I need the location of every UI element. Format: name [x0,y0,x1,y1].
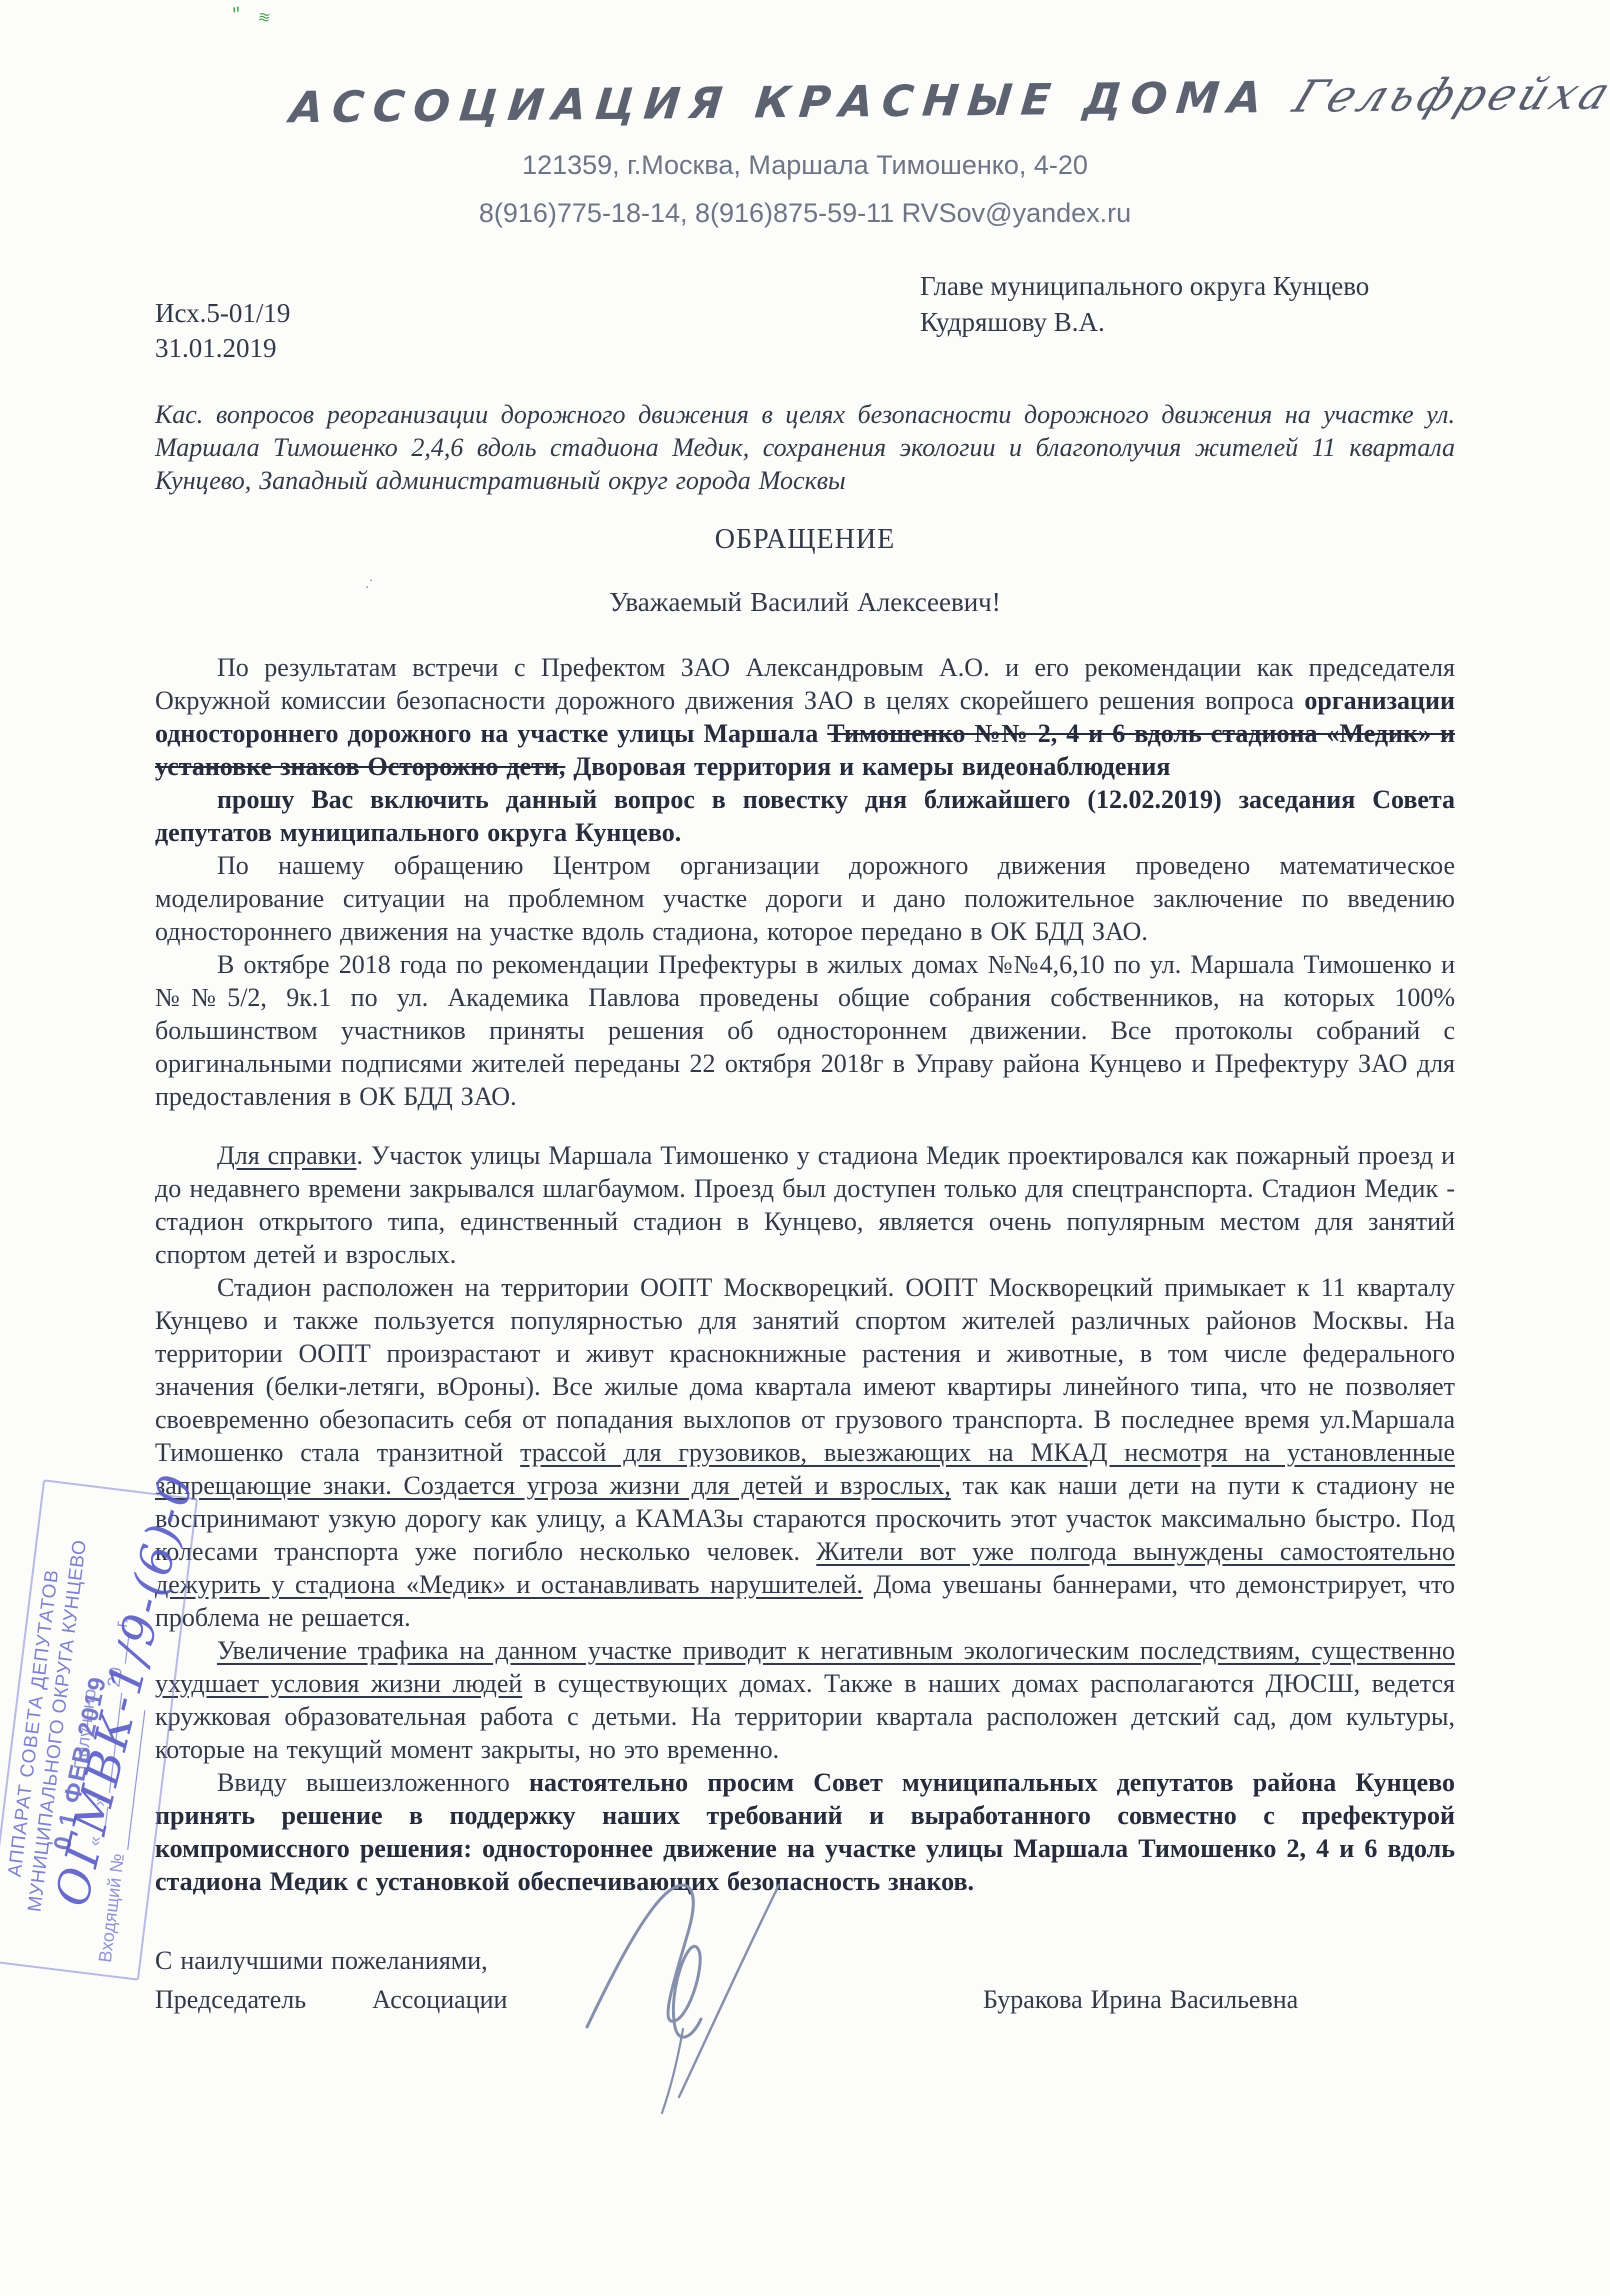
addressee-line2: Кудряшову В.А. [920,304,1369,340]
signer-role: Председатель [155,1983,306,2016]
paragraph-segment: В октябре 2018 года по рекомендации Преф… [155,950,1455,1111]
subject-line: Кас. вопросов реорганизации дорожного дв… [155,398,1455,497]
org-title: АССОЦИАЦИЯ КРАСНЫЕ ДОМАГельфрейха [288,70,1493,134]
closing-line: С наилучшими пожеланиями, [155,1944,1455,1977]
outgoing-number: Исх.5-01/19 [155,296,290,331]
org-title-script-word: Гельфрейха [1287,68,1610,123]
addressee-line1: Главе муниципального округа Кунцево [920,268,1369,304]
paragraph: По результатам встречи с Префектом ЗАО А… [155,651,1455,783]
addressee-block: Главе муниципального округа Кунцево Кудр… [920,268,1369,340]
paragraph: По нашему обращению Центром организации … [155,849,1455,948]
paragraph-segment: Дворовая территория и камеры видеонаблюд… [565,752,1170,781]
handwritten-signature [563,1867,813,2117]
scan-artifact-green-scribble: ≋ [257,7,270,26]
paragraph: Для справки. Участок улицы Маршала Тимош… [155,1139,1455,1271]
org-title-text: АССОЦИАЦИЯ КРАСНЫЕ ДОМА [288,73,1273,133]
scanned-letter-page: ʺ ≋ ·˙ АССОЦИАЦИЯ КРАСНЫЕ ДОМАГельфрейха… [0,0,1610,2296]
paragraph-segment: Ввиду вышеизложенного [217,1768,529,1797]
scan-artifact-green-mark: ʺ [231,3,245,28]
signer-role-org: Ассоциации [372,1983,507,2016]
org-address: 121359, г.Москва, Маршала Тимошенко, 4-2… [155,150,1455,181]
signer-name: Буракова Ирина Васильевна [983,1983,1298,2016]
paragraph: Стадион расположен на территории ООПТ Мо… [155,1271,1455,1634]
paragraph-segment: По результатам встречи с Префектом ЗАО А… [155,653,1455,715]
letter-content: Кас. вопросов реорганизации дорожного дв… [155,398,1455,2029]
doc-title: ОБРАЩЕНИЕ [155,523,1455,556]
org-contacts: 8(916)775-18-14, 8(916)875-59-11 RVSov@y… [155,198,1455,229]
paragraph: Увеличение трафика на данном участке при… [155,1634,1455,1766]
paragraph: Ввиду вышеизложенного настоятельно проси… [155,1766,1455,1898]
paragraph-segment: прошу Вас включить данный вопрос в повес… [155,785,1455,847]
salutation: Уважаемый Василий Алексеевич! [155,586,1455,619]
paragraph-segment: По нашему обращению Центром организации … [155,851,1455,946]
paragraph-segment: Для справки [217,1141,357,1170]
reference-block: Исх.5-01/19 31.01.2019 [155,296,290,366]
paragraph: прошу Вас включить данный вопрос в повес… [155,783,1455,849]
outgoing-date: 31.01.2019 [155,331,290,366]
letter-body: По результатам встречи с Префектом ЗАО А… [155,651,1455,1898]
signature-row: Председатель Ассоциации Буракова Ирина В… [155,1983,1455,2029]
paragraph: В октябре 2018 года по рекомендации Преф… [155,948,1455,1113]
